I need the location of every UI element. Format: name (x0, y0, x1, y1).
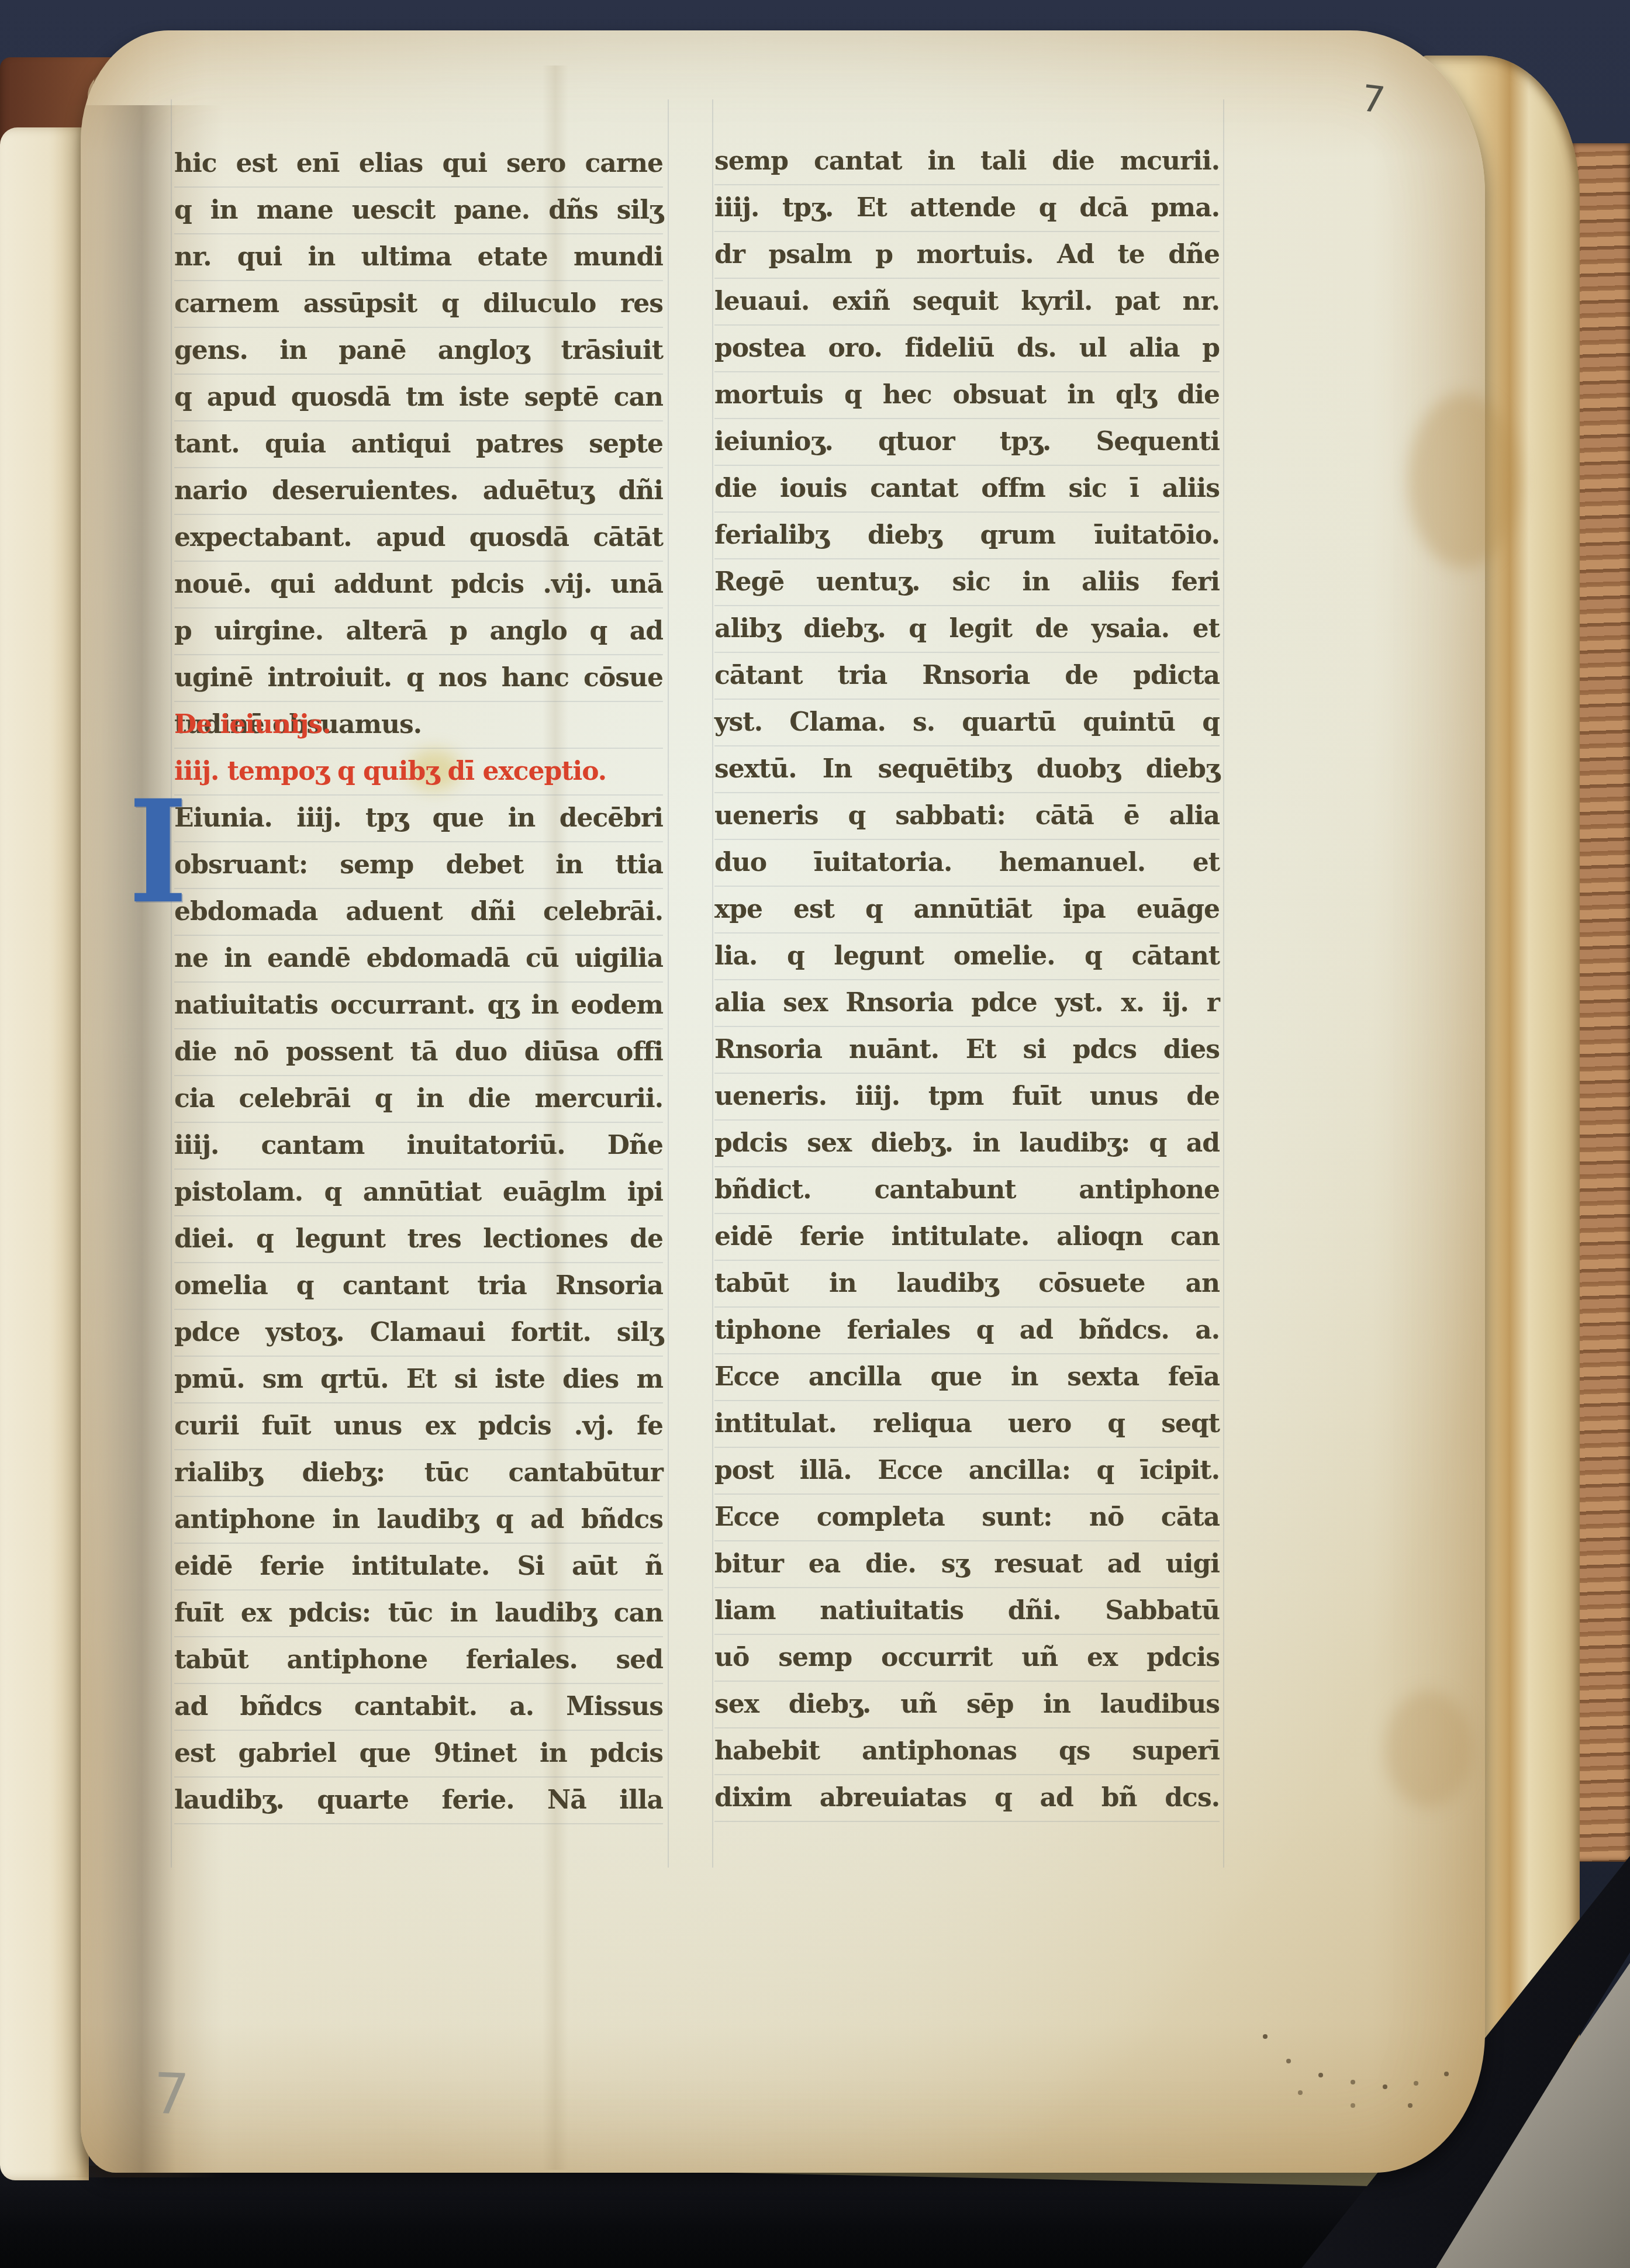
ruling-line-vertical (668, 99, 669, 1868)
text-line: diei. q legunt tres lectiones de (174, 1217, 663, 1264)
text-line: p uirgine. alterā p anglo q ad (174, 609, 663, 656)
text-line: fuīt ex pdcis: tūc in laudibʒ can (174, 1591, 663, 1638)
text-line: mortuis q hec obsuat in qlʒ die (714, 373, 1220, 420)
text-line: semp cantat in tali die mcurii. (714, 139, 1220, 186)
text-line: iiij. tempoʒ q quibʒ dī exceptio. (174, 749, 663, 796)
text-line: obsruant: semp debet in ttia (174, 843, 663, 890)
text-line: cia celebrāi q in die mercurii. (174, 1077, 663, 1123)
text-line: pmū. sm qrtū. Et si iste dies m (174, 1357, 663, 1404)
text-line: laudibʒ. quarte ferie. Nā illa (174, 1778, 663, 1825)
text-line: bñdict. cantabunt antiphone (714, 1168, 1220, 1215)
text-line: dixim abreuiatas q ad bñ dcs. (714, 1776, 1220, 1823)
text-line: ueneris q sabbati: cātā ē alia (714, 794, 1220, 841)
wormholes (1263, 2034, 1268, 2039)
text-line: xpe est q annūtiāt ipa euāge (714, 887, 1220, 934)
text-line: postea oro. fideliū ds. ul alia p (714, 326, 1220, 373)
text-line: gens. in panē angloʒ trāsiuit (174, 329, 663, 375)
text-line: Ecce ancilla que in sexta feīa (714, 1355, 1220, 1402)
text-line: post illā. Ecce ancilla: q īcipit. (714, 1448, 1220, 1495)
ruling-line-vertical (171, 99, 172, 1868)
text-line: nr. qui in ultima etate mundi (174, 235, 663, 282)
text-line: cātant tria Rnsoria de pdicta (714, 654, 1220, 700)
text-line: iiij. cantam inuitatoriū. Dñe (174, 1123, 663, 1170)
text-line: rialibʒ diebʒ: tūc cantabūtur (174, 1451, 663, 1498)
text-line: leuaui. exiñ sequit kyril. pat nr. (714, 279, 1220, 326)
text-line: sex diebʒ. uñ sēp in laudibus (714, 1682, 1220, 1729)
text-column-left: I hic est enī elias qui sero carneq in m… (174, 141, 663, 1825)
text-line: liam natiuitatis dñi. Sabbatū (714, 1589, 1220, 1636)
text-line: uō semp occurrit uñ ex pdcis (714, 1636, 1220, 1682)
text-line: est gabriel que 9tinet in pdcis (174, 1731, 663, 1778)
text-line: intitulat. reliqua uero q seqt (714, 1402, 1220, 1448)
text-line: yst. Clama. s. quartū quintū q (714, 700, 1220, 747)
text-line: iiij. tpʒ. Et attende q dcā pma. (714, 186, 1220, 233)
text-line: duo īuitatoria. hemanuel. et (714, 841, 1220, 887)
stain (1408, 393, 1519, 568)
text-line: pistolam. q annūtiat euāglm ipi (174, 1170, 663, 1217)
text-line: die nō possent tā duo diūsa offi (174, 1030, 663, 1077)
text-line: pdce ystoʒ. Clamaui fortit. silʒ (174, 1311, 663, 1357)
text-line: bitur ea die. sʒ resuat ad uigi (714, 1542, 1220, 1589)
text-line: habebit antiphonas qs superī (714, 1729, 1220, 1776)
folio-number-ink: 7 (1358, 77, 1434, 137)
text-line: uginē introiuit. q nos hanc cōsue (174, 656, 663, 703)
text-line: eidē ferie intitulate. alioqn can (714, 1215, 1220, 1261)
text-line: sextū. In sequētibʒ duobʒ diebʒ (714, 747, 1220, 794)
text-line: nario deseruientes. aduētuʒ dñi (174, 469, 663, 516)
text-line: Rnsoria nuānt. Et si pdcs dies (714, 1028, 1220, 1074)
text-line: ne in eandē ebdomadā cū uigilia (174, 936, 663, 983)
text-line: antiphone in laudibʒ q ad bñdcs (174, 1498, 663, 1544)
text-line: ueneris. iiij. tpm fuīt unus de (714, 1074, 1220, 1121)
text-line: ad bñdcs cantabit. a. Missus (174, 1685, 663, 1731)
text-line: ferialibʒ diebʒ qrum īuitatōio. (714, 513, 1220, 560)
rubric-text: iiij. tempoʒ q quibʒ dī exceptio. (174, 749, 606, 794)
text-line: q apud quosdā tm iste septē can (174, 375, 663, 422)
text-line: eidē ferie intitulate. Si aūt ñ (174, 1544, 663, 1591)
manuscript-photo: I hic est enī elias qui sero carneq in m… (0, 0, 1630, 2268)
ruling-line-vertical (712, 99, 713, 1868)
text-line: nouē. qui addunt pdcis .vij. unā (174, 562, 663, 609)
text-line: omelia q cantant tria Rnsoria (174, 1264, 663, 1311)
text-line: expectabant. apud quosdā cātāt (174, 516, 663, 562)
text-line: natiuitatis occurrant. qʒ in eodem (174, 983, 663, 1030)
text-line: tabūt in laudibʒ cōsuete an (714, 1261, 1220, 1308)
text-line: tiphone feriales q ad bñdcs. a. (714, 1308, 1220, 1355)
ruling-line-vertical (1223, 99, 1224, 1868)
text-line: dr psalm p mortuis. Ad te dñe (714, 233, 1220, 279)
text-line: pdcis sex diebʒ. in laudibʒ: q ad (714, 1121, 1220, 1168)
text-line: ebdomada aduent dñi celebrāi. (174, 890, 663, 936)
illuminated-initial-I: I (129, 777, 170, 941)
text-column-right: semp cantat in tali die mcurii.iiij. tpʒ… (714, 139, 1220, 1823)
text-line: tabūt antiphone feriales. sed (174, 1638, 663, 1685)
text-line: Eiunia. iiij. tpʒ que in decēbri (174, 796, 663, 843)
text-line: hic est enī elias qui sero carne (174, 141, 663, 188)
text-line: lia. q legunt omelie. q cātant (714, 934, 1220, 981)
text-line: q in mane uescit pane. dñs silʒ (174, 188, 663, 235)
text-line: die iouis cantat offm sic ī aliis (714, 466, 1220, 513)
text-line: tant. quia antiqui patres septe (174, 422, 663, 469)
text-line: Regē uentuʒ. sic in aliis feri (714, 560, 1220, 607)
text-line: tudinē obsuamus. De ieiunijs. (174, 703, 663, 749)
folio-number-pencil: 7 (152, 2061, 236, 2140)
stain (1384, 1690, 1472, 1807)
text-line: curii fuīt unus ex pdcis .vj. fe (174, 1404, 663, 1451)
text-line: alibʒ diebʒ. q legit de ysaia. et (714, 607, 1220, 654)
text-line: Ecce completa sunt: nō cāta (714, 1495, 1220, 1542)
rubric-text: De ieiunijs. (174, 703, 331, 747)
text-line: alia sex Rnsoria pdce yst. x. ij. r (714, 981, 1220, 1028)
text-line: carnem assūpsit q diluculo res (174, 282, 663, 329)
text-line: ieiunioʒ. qtuor tpʒ. Sequenti (714, 420, 1220, 466)
